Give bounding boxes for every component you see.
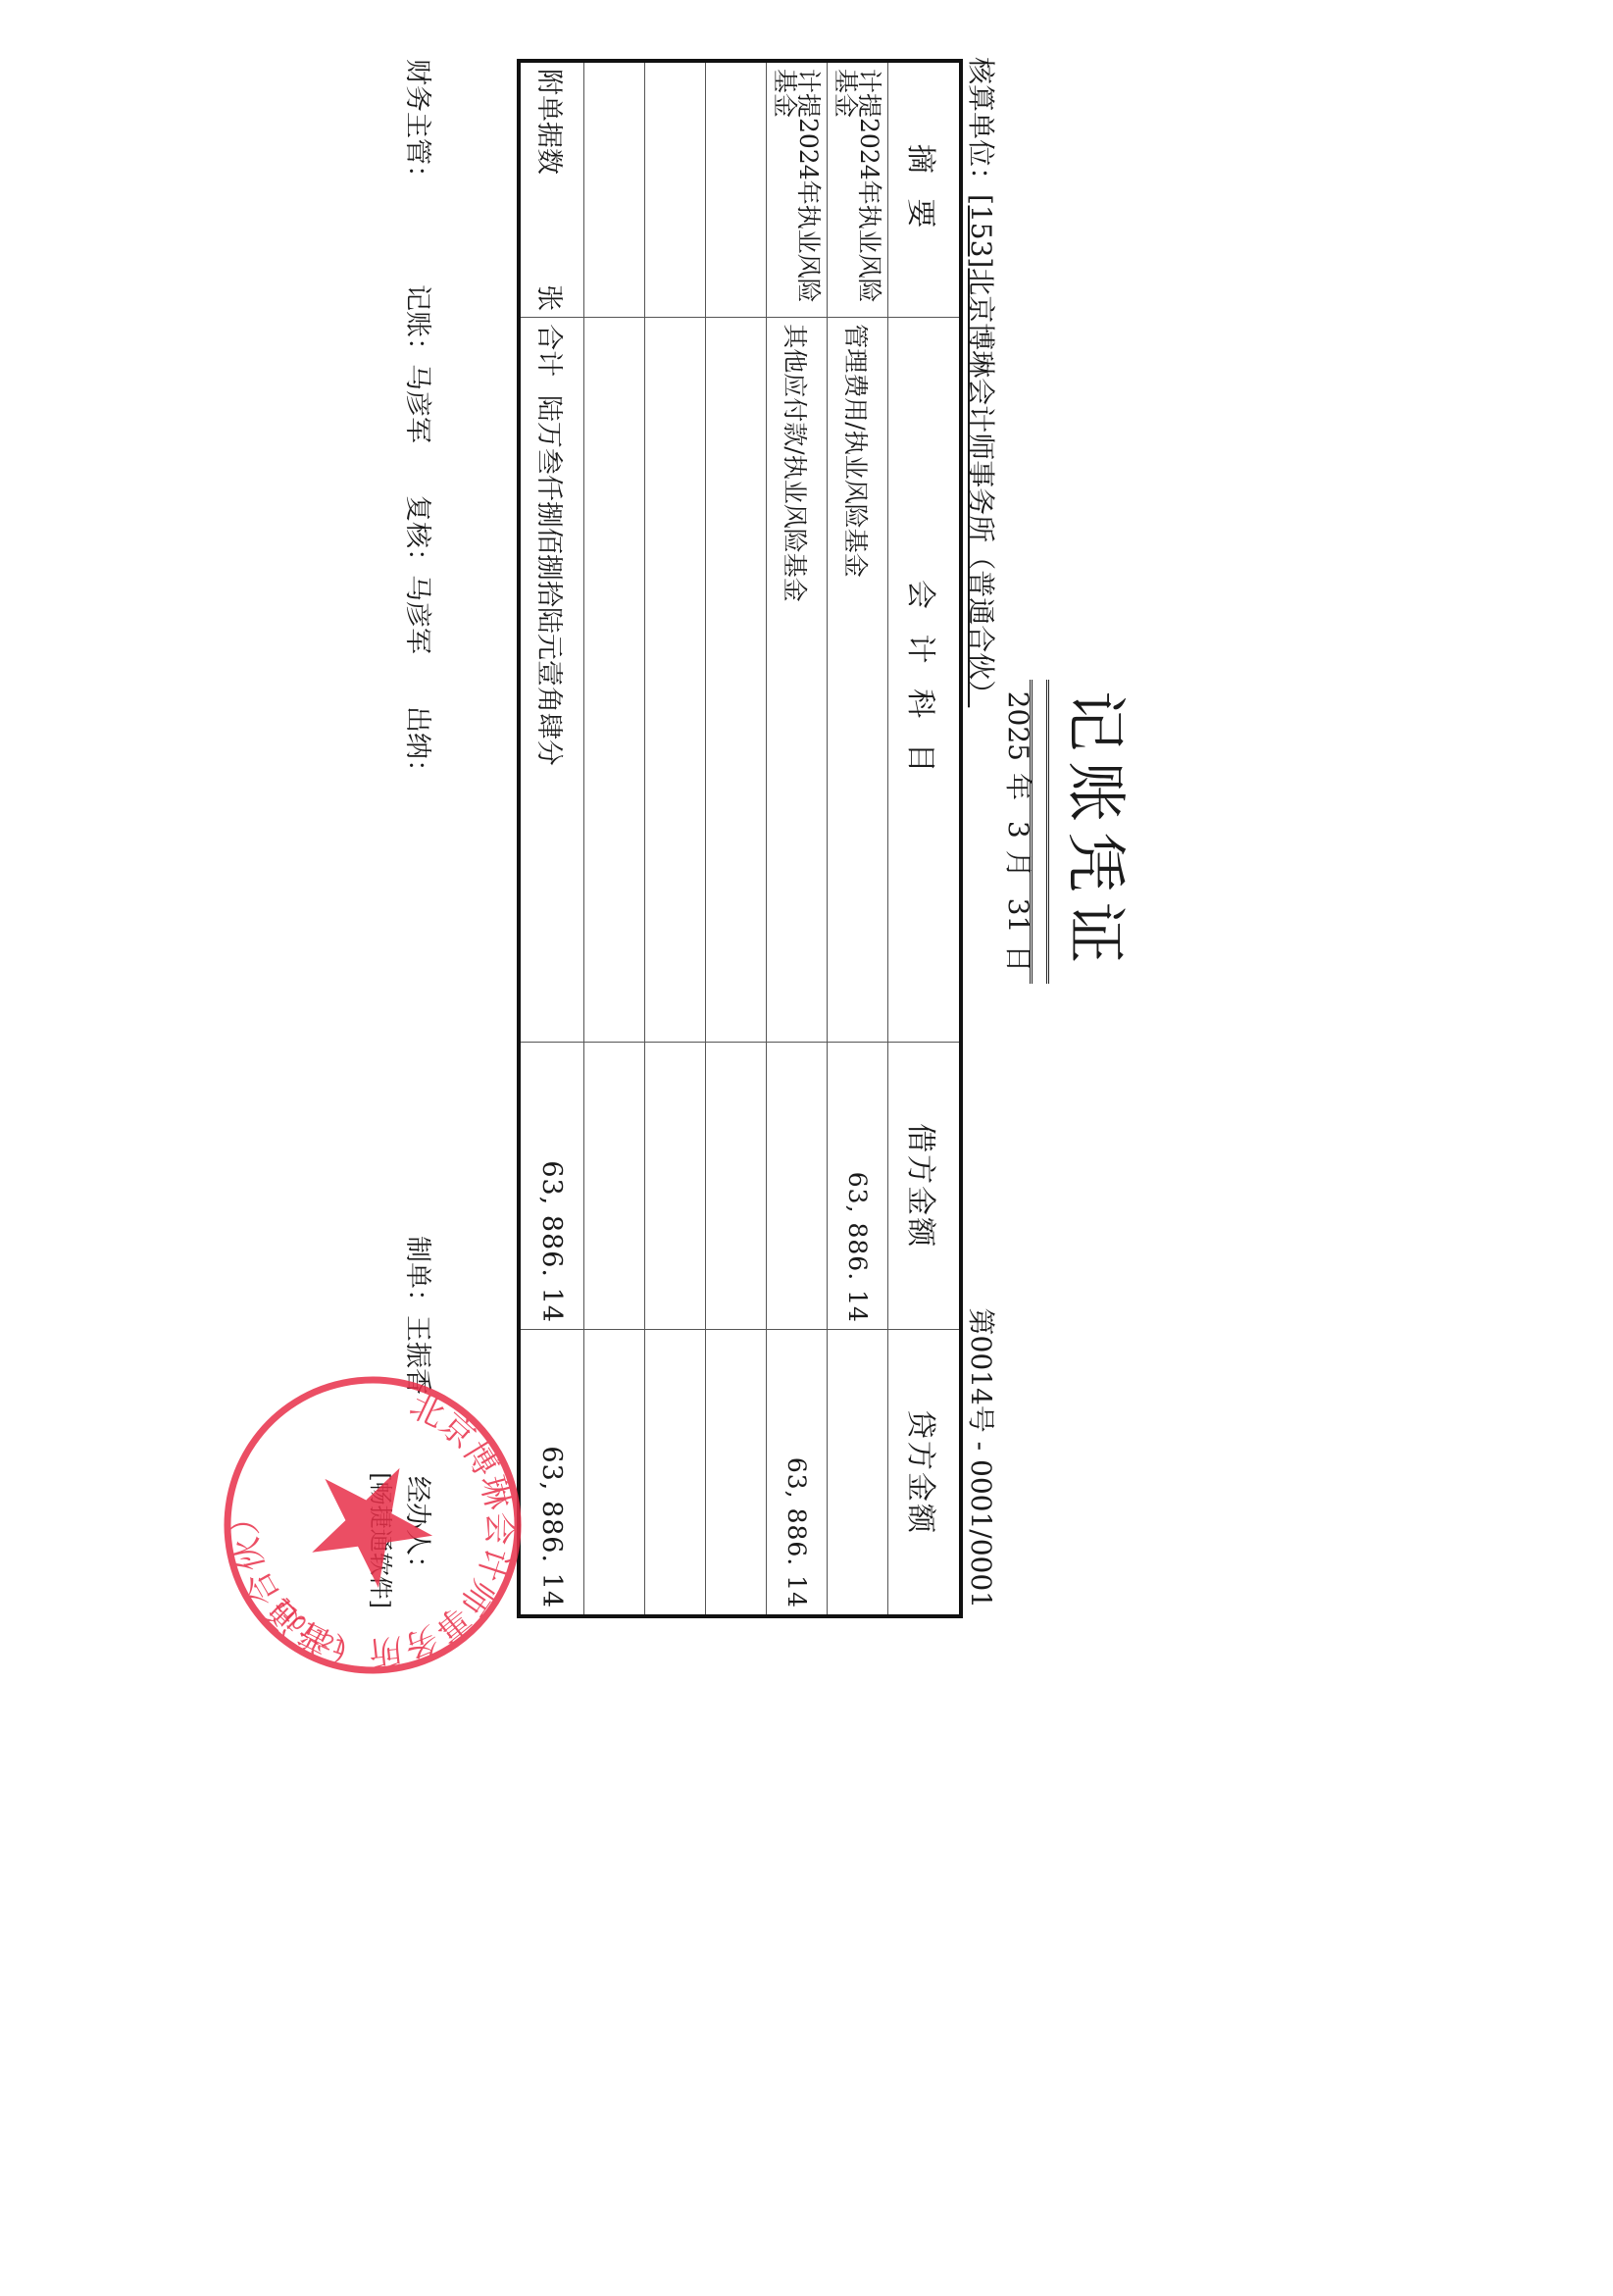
attachments-cell: 附单据数 张: [519, 61, 584, 318]
voucher-date: 2025年 3月 31日: [1000, 37, 1039, 1626]
table-row: [706, 61, 767, 1616]
bookkeeper: 记账：马彦军: [401, 284, 439, 495]
cashier: 出纳：: [401, 706, 439, 1236]
accounting-unit: 核算单位：[153]北京博琳会计师事务所（普通合伙）: [963, 57, 1002, 707]
unit-value: [153]北京博琳会计师事务所（普通合伙）: [965, 194, 997, 707]
entry-summary: 计提2024年执业风险基金: [828, 61, 888, 318]
entry-credit: 63, 886. 14: [767, 1329, 828, 1616]
entry-summary: 计提2024年执业风险基金: [767, 61, 828, 318]
table-row: [645, 61, 706, 1616]
entry-account: [584, 318, 645, 1043]
header-summary: 摘 要: [888, 61, 962, 318]
entry-account: 其他应付款/执业风险基金: [767, 318, 828, 1043]
date-month: 3: [1002, 821, 1034, 839]
entry-credit: [828, 1329, 888, 1616]
total-words-cell: 合计 陆万叁仟捌佰捌拾陆元壹角肆分: [519, 318, 584, 1043]
attachments-label: 附单据数: [533, 69, 572, 175]
voucher-number: 第0014号 - 0001/0001: [963, 1308, 1002, 1608]
date-day-unit: 日: [1002, 944, 1034, 972]
reviewer: 复核：马彦军: [401, 495, 439, 706]
entry-account: 管理费用/执业风险基金: [828, 318, 888, 1043]
company-seal-stamp: 北京博琳会计师事务所（普通合伙） 1101121: [216, 1368, 529, 1682]
date-month-unit: 月: [1002, 850, 1034, 878]
entry-summary: [584, 61, 645, 318]
entry-credit: [645, 1329, 706, 1616]
entry-credit: [584, 1329, 645, 1616]
total-label: 合计: [534, 324, 565, 377]
unit-label: 核算单位：: [965, 57, 997, 194]
table-row: [584, 61, 645, 1616]
attachments-unit: 张: [533, 284, 572, 311]
finance-supervisor: 财务主管：: [401, 59, 439, 284]
total-debit: 63, 886. 14: [519, 1043, 584, 1330]
table-header-row: 摘 要 会 计 科 目 借方金额 贷方金额: [888, 61, 962, 1616]
entry-account: [645, 318, 706, 1043]
star-icon: [308, 1455, 443, 1596]
table-row: 计提2024年执业风险基金 其他应付款/执业风险基金 63, 886. 14: [767, 61, 828, 1616]
entry-debit: [645, 1043, 706, 1330]
entry-debit: [584, 1043, 645, 1330]
header-credit: 贷方金额: [888, 1329, 962, 1616]
entry-debit: [706, 1043, 767, 1330]
entry-debit: [767, 1043, 828, 1330]
amount-in-words: 陆万叁仟捌佰捌拾陆元壹角肆分: [534, 395, 565, 766]
date-year-unit: 年: [1002, 773, 1034, 800]
date-day: 31: [1002, 898, 1034, 934]
date-year: 2025: [1002, 691, 1034, 761]
voucher-table: 摘 要 会 计 科 目 借方金额 贷方金额 计提2024年执业风险基金 管理费用…: [517, 59, 963, 1618]
entry-summary: [706, 61, 767, 318]
table-row: 计提2024年执业风险基金 管理费用/执业风险基金 63, 886. 14: [828, 61, 888, 1616]
header-account: 会 计 科 目: [888, 318, 962, 1043]
entry-debit: 63, 886. 14: [828, 1043, 888, 1330]
voucher-title: 记账凭证: [1053, 37, 1137, 1626]
entry-account: [706, 318, 767, 1043]
entry-credit: [706, 1329, 767, 1616]
entry-summary: [645, 61, 706, 318]
header-debit: 借方金额: [888, 1043, 962, 1330]
